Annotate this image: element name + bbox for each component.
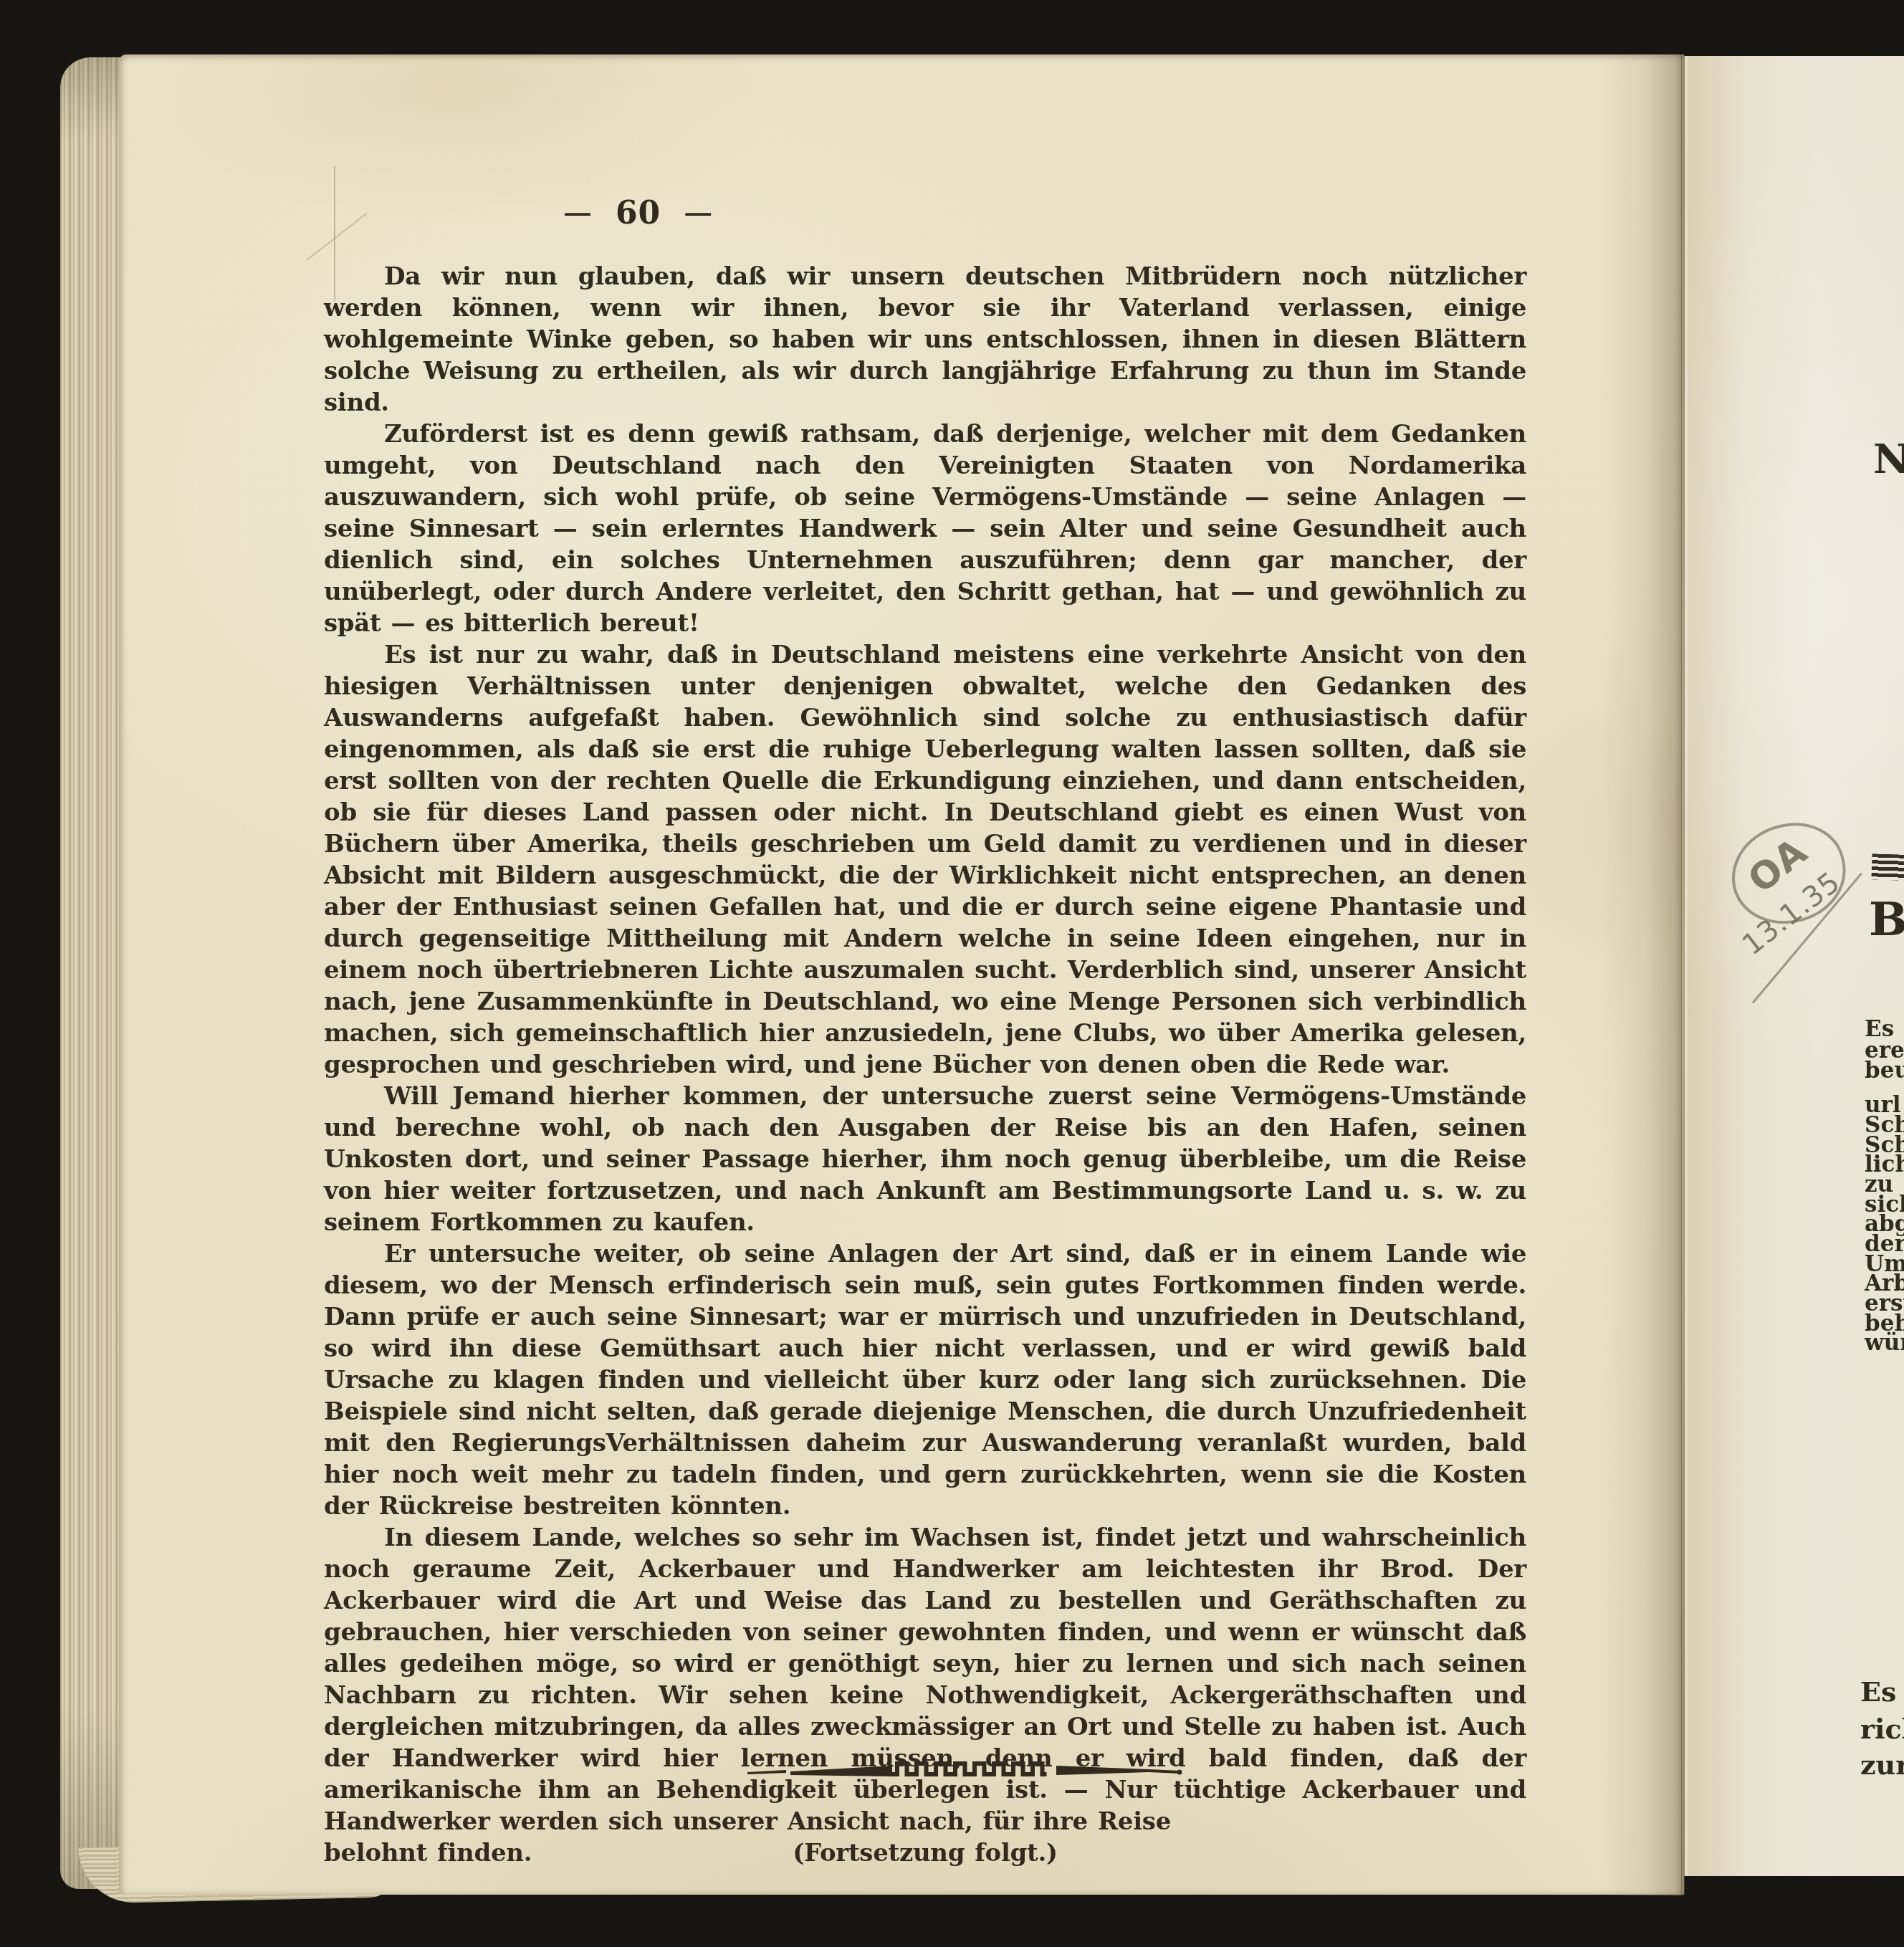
paragraph: Will Jemand hierher kommen, der untersuc… — [324, 1081, 1526, 1238]
continuation-note: (Fortsetzung folgt.) — [324, 1837, 1526, 1869]
paragraph: Zuförderst ist es denn gewiß rathsam, da… — [324, 418, 1526, 639]
section-divider-ornament — [747, 1753, 1182, 1786]
facing-page-heading-initial: B — [1869, 893, 1904, 947]
page-number: 60 — [616, 198, 661, 229]
facing-page-line-fragment: Es — [1860, 1675, 1896, 1708]
gutter-crease-line — [1681, 54, 1685, 1895]
closing-line: belohnt finden. (Fortsetzung folgt.) — [324, 1837, 1526, 1869]
right-page-paper — [1684, 56, 1904, 1876]
page-edge-stack-left — [60, 57, 125, 1889]
page-header: — 60 — — [563, 198, 713, 229]
paragraph: Da wir nun glauben, daß wir unsern deuts… — [324, 261, 1526, 418]
paragraph: Er untersuche weiter, ob seine Anlagen d… — [324, 1238, 1526, 1522]
gutter-crease-highlight — [1685, 56, 1688, 1876]
header-dash-right: — — [684, 202, 713, 225]
gutter-shadow — [1602, 54, 1682, 1896]
paragraph: Es ist nur zu wahr, daß in Deutschland m… — [324, 639, 1526, 1081]
facing-page-line-fragment: beu — [1865, 1058, 1904, 1083]
book-scan: — 60 — Da wir nun glauben, daß wir unser… — [0, 0, 1904, 1947]
facing-page-rule-ornament — [1871, 853, 1904, 881]
paragraph: In diesem Lande, welches so sehr im Wach… — [324, 1522, 1526, 1837]
body-text: Da wir nun glauben, daß wir unsern deuts… — [324, 261, 1526, 1869]
facing-page-line-fragment: rich — [1860, 1713, 1904, 1745]
facing-page-line-fragment: wün — [1865, 1330, 1904, 1356]
facing-page-initial-top: N — [1873, 436, 1904, 483]
facing-page-line-fragment: zur — [1860, 1749, 1904, 1781]
header-dash-left: — — [563, 202, 593, 225]
